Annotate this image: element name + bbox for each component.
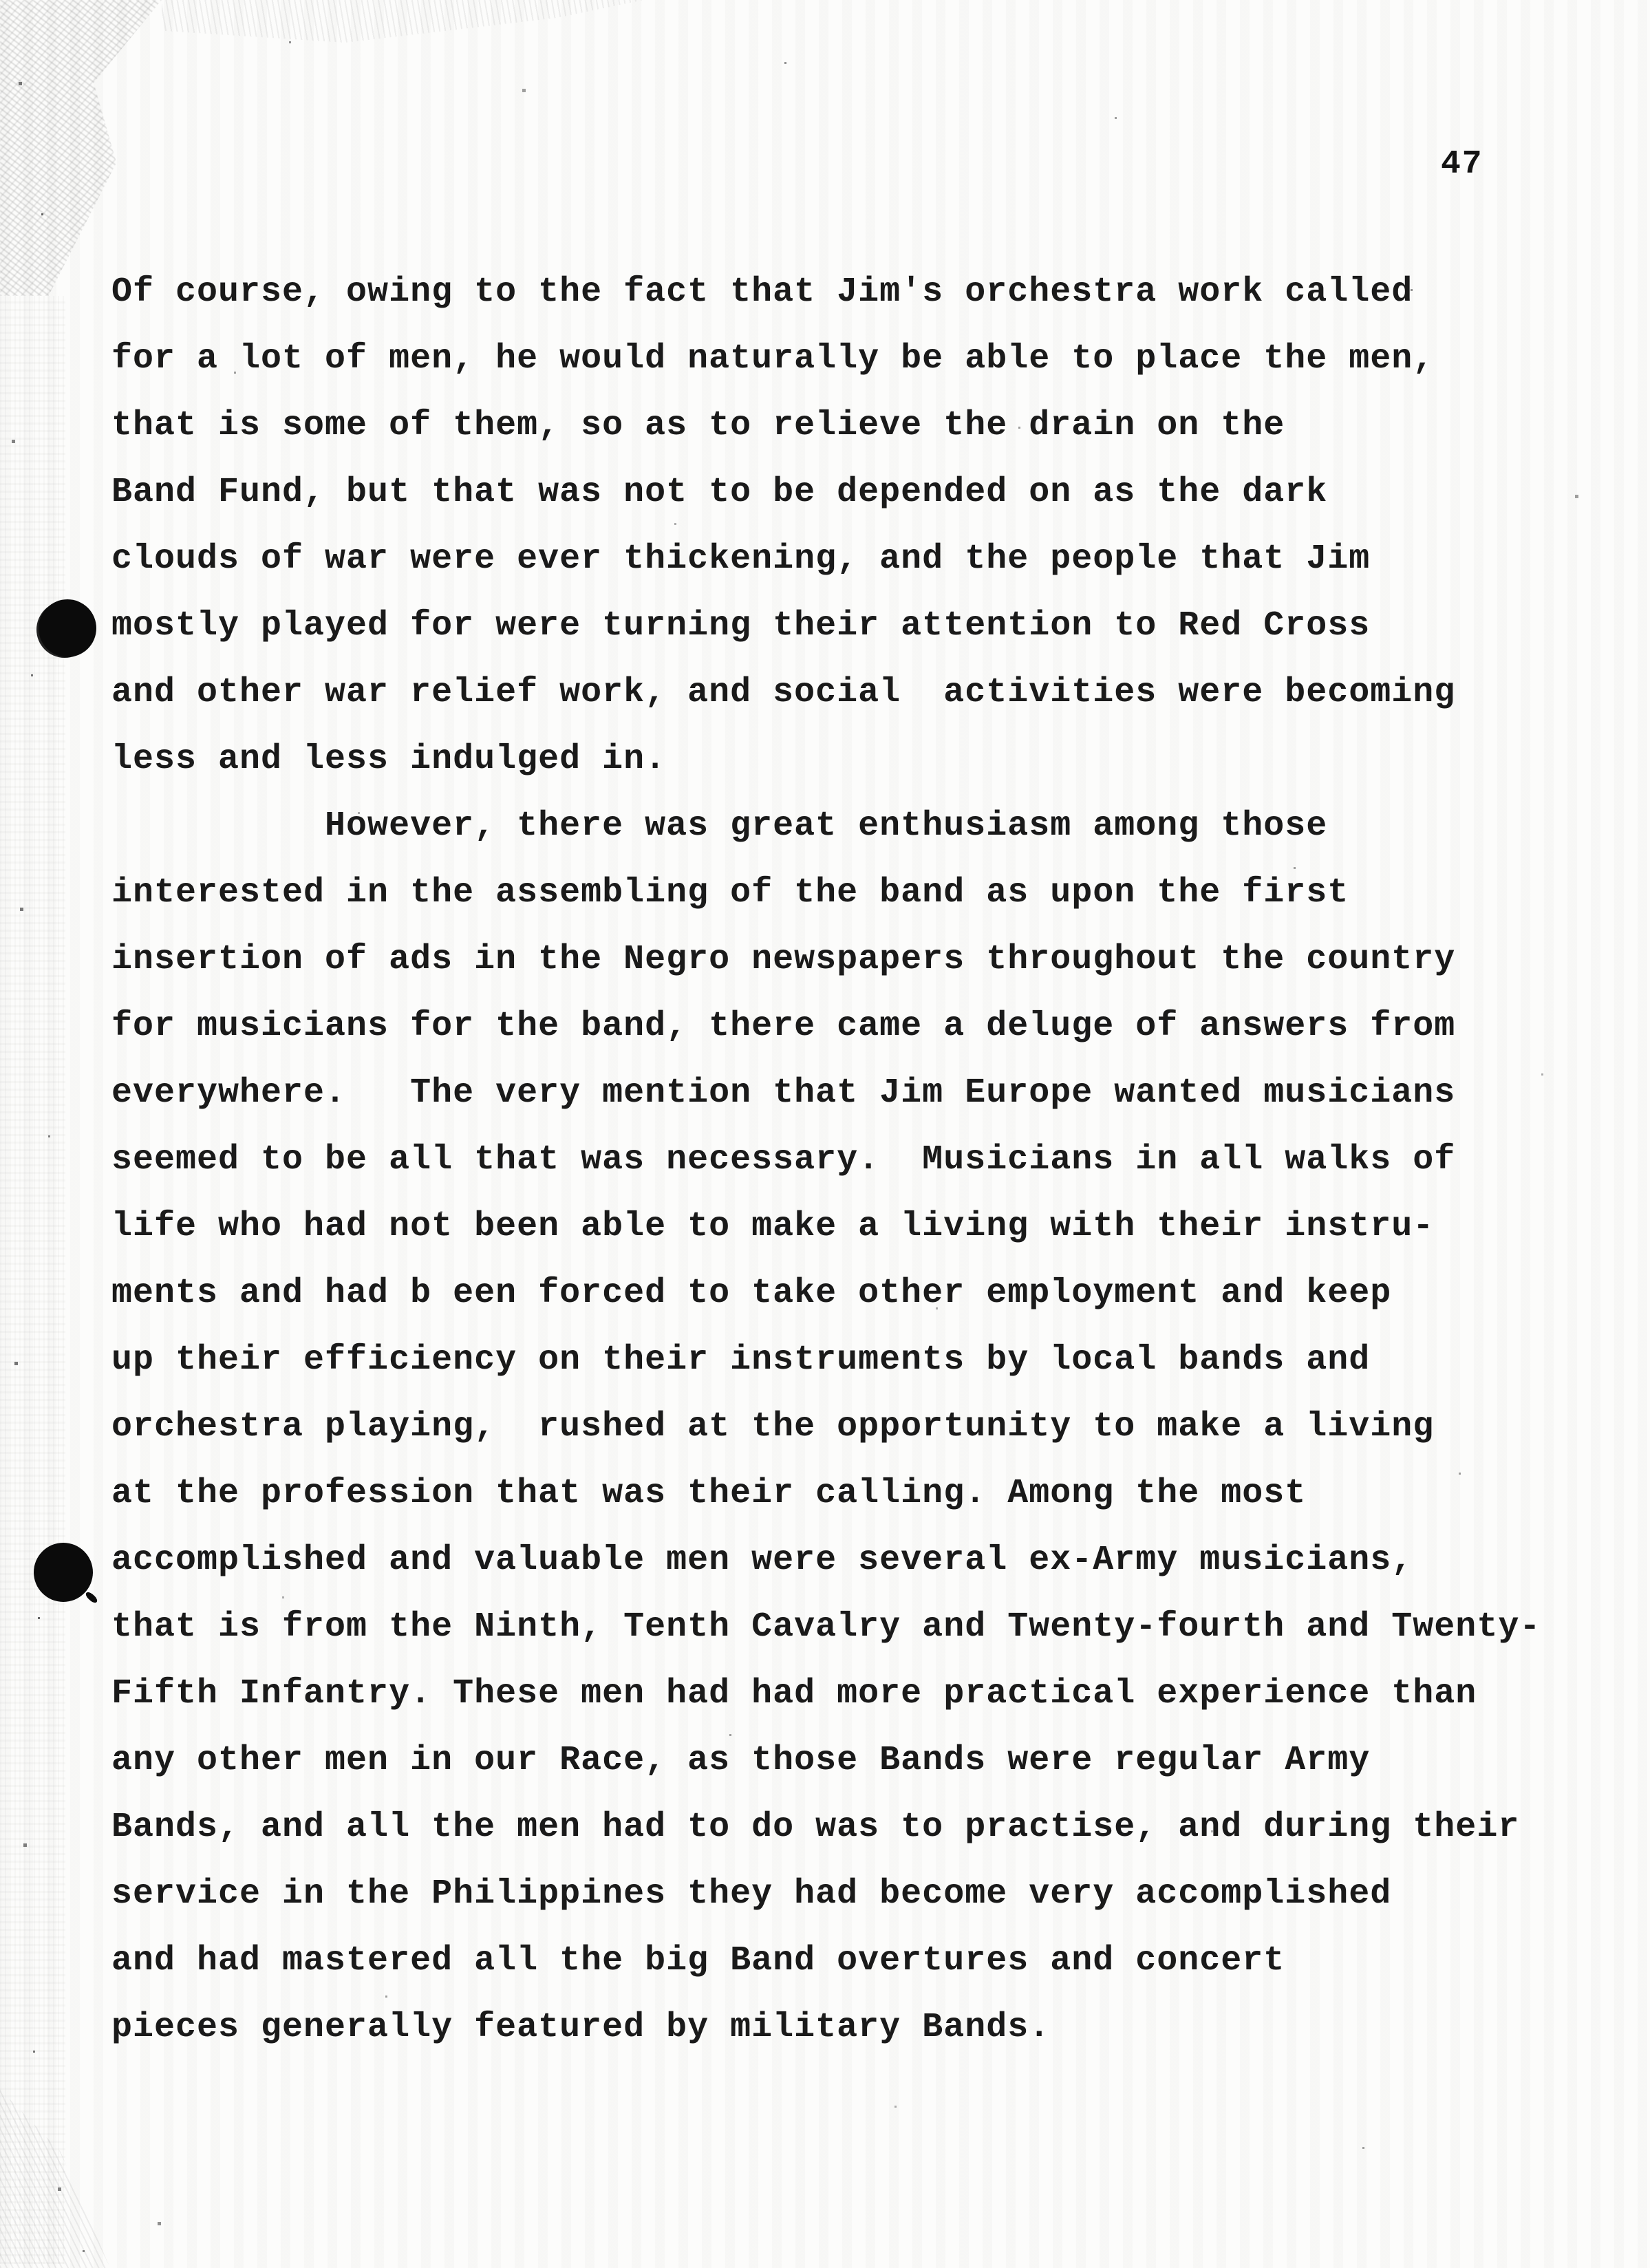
text-line: mostly played for were turning their att… — [111, 592, 1541, 659]
scan-noise-top-left — [0, 0, 162, 296]
text-line: up their efficiency on their instruments… — [111, 1327, 1541, 1393]
scanned-document-page: 47 Of course, owing to the fact that Jim… — [0, 0, 1650, 2268]
text-line: and had mastered all the big Band overtu… — [111, 1927, 1541, 1994]
text-line: ments and had b een forced to take other… — [111, 1260, 1541, 1327]
text-line: Bands, and all the men had to do was to … — [111, 1794, 1541, 1861]
text-line: Of course, owing to the fact that Jim's … — [111, 259, 1541, 325]
text-line: However, there was great enthusiasm amon… — [111, 793, 1541, 859]
text-line: any other men in our Race, as those Band… — [111, 1727, 1541, 1794]
text-line: accomplished and valuable men were sever… — [111, 1527, 1541, 1594]
text-line: Band Fund, but that was not to be depend… — [111, 459, 1541, 526]
toner-speckles — [0, 0, 2, 2]
text-line: less and less indulged in. — [111, 726, 1541, 793]
text-line: life who had not been able to make a liv… — [111, 1193, 1541, 1260]
text-line: for a lot of men, he would naturally be … — [111, 325, 1541, 392]
text-line: pieces generally featured by military Ba… — [111, 1994, 1541, 2061]
text-line: interested in the assembling of the band… — [111, 859, 1541, 926]
scan-noise-left-edge — [0, 296, 65, 2264]
scan-noise-top-edge — [162, 0, 643, 43]
text-line: seemed to be all that was necessary. Mus… — [111, 1126, 1541, 1193]
text-line: insertion of ads in the Negro newspapers… — [111, 926, 1541, 993]
text-line: everywhere. The very mention that Jim Eu… — [111, 1060, 1541, 1126]
text-line: at the profession that was their calling… — [111, 1460, 1541, 1527]
text-line: that is from the Ninth, Tenth Cavalry an… — [111, 1594, 1541, 1660]
text-line: and other war relief work, and social ac… — [111, 659, 1541, 726]
ink-blot-icon — [39, 599, 96, 657]
page-number: 47 — [1441, 146, 1483, 183]
document-body: Of course, owing to the fact that Jim's … — [111, 259, 1541, 2061]
text-line: clouds of war were ever thickening, and … — [111, 526, 1541, 592]
text-line: that is some of them, so as to relieve t… — [111, 392, 1541, 459]
text-line: service in the Philippines they had beco… — [111, 1861, 1541, 1927]
text-line: for musicians for the band, there came a… — [111, 993, 1541, 1060]
text-line: Fifth Infantry. These men had had more p… — [111, 1660, 1541, 1727]
ink-blot-icon — [34, 1543, 93, 1602]
text-line: orchestra playing, rushed at the opportu… — [111, 1393, 1541, 1460]
